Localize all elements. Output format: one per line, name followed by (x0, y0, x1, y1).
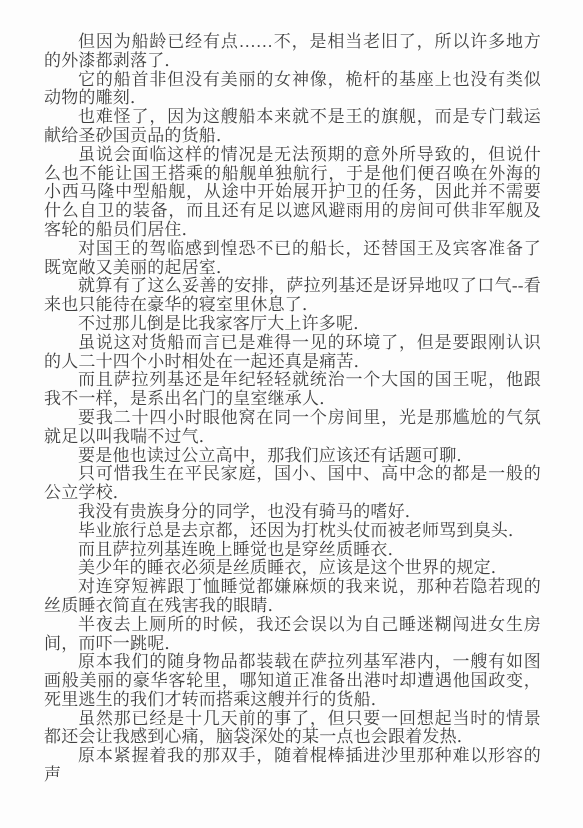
paragraph-18: 半夜去上厕所的时候，我还会误以为自己睡迷糊闯进女生房间，而吓一跳呢． (44, 616, 541, 654)
paragraph-5: 对国王的驾临感到惶恐不已的船长，还替国王及宾客准备了既宽敞又美丽的起居室． (44, 240, 541, 278)
paragraph-6: 就算有了这么妥善的安排，萨拉列基还是讶异地叹了口气--看来也只能待在豪华的寝室里… (44, 277, 541, 315)
paragraph-4: 虽说会面临这样的情况是无法预期的意外所导致的，但说什么也不能让国王搭乘的船舰单独… (44, 146, 541, 240)
paragraph-19: 原本我们的随身物品都装载在萨拉列基军港内，一艘有如图画般美丽的豪华客轮里，哪知道… (44, 653, 541, 709)
paragraph-2: 它的船首非但没有美丽的女神像，桅杆的基座上也没有类似动物的雕刻． (44, 71, 541, 109)
book-page: 但因为船龄已经有点……不，是相当老旧了，所以许多地方的外漆都剥落了． 它的船首非… (0, 0, 583, 828)
paragraph-12: 只可惜我生在平民家庭，国小、国中、高中念的都是一般的公立学校． (44, 465, 541, 503)
paragraph-14: 毕业旅行总是去京都，还因为打枕头仗而被老师骂到臭头． (44, 522, 541, 541)
paragraph-15: 而且萨拉列基连晚上睡觉也是穿丝质睡衣． (44, 541, 541, 560)
page-text: 但因为船龄已经有点……不，是相当老旧了，所以许多地方的外漆都剥落了． 它的船首非… (44, 33, 541, 785)
paragraph-7: 不过那儿倒是比我家客厅大上许多呢． (44, 315, 541, 334)
paragraph-3: 也难怪了，因为这艘船本来就不是王的旗舰，而是专门载运献给圣砂国贡品的货船． (44, 108, 541, 146)
paragraph-21: 原本紧握着我的那双手，随着棍棒插进沙里那种难以形容的声 (44, 747, 541, 785)
paragraph-1: 但因为船龄已经有点……不，是相当老旧了，所以许多地方的外漆都剥落了． (44, 33, 541, 71)
paragraph-13: 我没有贵族身分的同学，也没有骑马的嗜好． (44, 503, 541, 522)
paragraph-20: 虽然那已经是十几天前的事了，但只要一回想起当时的情景都还会让我感到心痛，脑袋深处… (44, 710, 541, 748)
paragraph-17: 对连穿短裤跟丁恤睡觉都嫌麻烦的我来说，那种若隐若现的丝质睡衣简直在残害我的眼睛． (44, 578, 541, 616)
paragraph-11: 要是他也读过公立高中，那我们应该还有话题可聊． (44, 447, 541, 466)
paragraph-10: 要我二十四小时眼他窝在同一个房间里，光是那尴尬的气氛就足以叫我喘不过气． (44, 409, 541, 447)
paragraph-16: 美少年的睡衣必须是丝质睡衣，应该是这个世界的规定． (44, 559, 541, 578)
paragraph-8: 虽说这对货船而言已是难得一见的环境了，但是要跟刚认识的人二十四个小时相处在一起还… (44, 334, 541, 372)
paragraph-9: 而且萨拉列基还是年纪轻轻就统治一个大国的国王呢，他跟我不一样，是系出名门的皇室继… (44, 371, 541, 409)
